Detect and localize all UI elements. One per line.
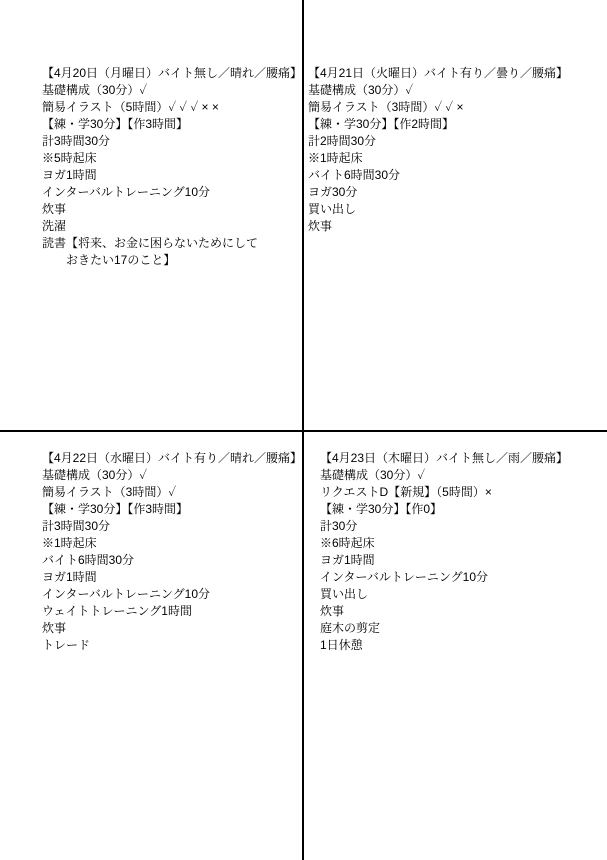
journal-line: ヨガ30分 — [308, 184, 568, 201]
journal-line: ヨガ1時間 — [42, 167, 302, 184]
journal-line: 炊事 — [42, 201, 302, 218]
journal-line: 読書【将来、お金に困らないためにして — [42, 235, 302, 252]
journal-line: ※6時起床 — [320, 535, 568, 552]
journal-entry-april-21: 【4月21日（火曜日）バイト有り／曇り／腰痛】基礎構成（30分）✓簡易イラスト（… — [308, 65, 568, 235]
journal-entry-april-23: 【4月23日（木曜日）バイト無し／雨／腰痛】基礎構成（30分）✓リクエストD【新… — [320, 450, 568, 654]
journal-line: インターバルトレーニング10分 — [42, 184, 302, 201]
journal-line: 【練・学30分】【作2時間】 — [308, 116, 568, 133]
journal-line: 【4月22日（水曜日）バイト有り／晴れ／腰痛】 — [42, 450, 302, 467]
journal-line: 簡易イラスト（3時間）✓ — [42, 484, 302, 501]
journal-page: 【4月20日（月曜日）バイト無し／晴れ／腰痛】基礎構成（30分）✓簡易イラスト（… — [0, 0, 607, 860]
journal-line: ※1時起床 — [42, 535, 302, 552]
journal-line: 計3時間30分 — [42, 133, 302, 150]
horizontal-divider-line — [0, 430, 607, 432]
journal-line: ※1時起床 — [308, 150, 568, 167]
journal-line: 基礎構成（30分）✓ — [42, 82, 302, 99]
journal-line: インターバルトレーニング10分 — [320, 569, 568, 586]
journal-line: 【4月20日（月曜日）バイト無し／晴れ／腰痛】 — [42, 65, 302, 82]
journal-line: ヨガ1時間 — [42, 569, 302, 586]
journal-line: 簡易イラスト（5時間）✓ ✓ ✓ × × — [42, 99, 302, 116]
journal-line: 基礎構成（30分）✓ — [308, 82, 568, 99]
journal-line: 【練・学30分】【作0】 — [320, 501, 568, 518]
journal-entry-april-20: 【4月20日（月曜日）バイト無し／晴れ／腰痛】基礎構成（30分）✓簡易イラスト（… — [42, 65, 302, 269]
journal-line: おきたい17のこと】 — [42, 252, 302, 269]
journal-line: 洗濯 — [42, 218, 302, 235]
journal-entry-april-22: 【4月22日（水曜日）バイト有り／晴れ／腰痛】基礎構成（30分）✓簡易イラスト（… — [42, 450, 302, 654]
journal-line: 買い出し — [308, 201, 568, 218]
journal-line: 【練・学30分】【作3時間】 — [42, 116, 302, 133]
journal-line: 簡易イラスト（3時間）✓ ✓ × — [308, 99, 568, 116]
journal-line: 計2時間30分 — [308, 133, 568, 150]
journal-line: トレード — [42, 637, 302, 654]
journal-line: 基礎構成（30分）✓ — [42, 467, 302, 484]
journal-line: 計30分 — [320, 518, 568, 535]
journal-line: バイト6時間30分 — [42, 552, 302, 569]
journal-line: 買い出し — [320, 586, 568, 603]
journal-line: 【4月21日（火曜日）バイト有り／曇り／腰痛】 — [308, 65, 568, 82]
journal-line: 炊事 — [320, 603, 568, 620]
journal-line: 炊事 — [42, 620, 302, 637]
journal-line: 計3時間30分 — [42, 518, 302, 535]
journal-line: ※5時起床 — [42, 150, 302, 167]
journal-line: 基礎構成（30分）✓ — [320, 467, 568, 484]
journal-line: ヨガ1時間 — [320, 552, 568, 569]
journal-line: ウェイトトレーニング1時間 — [42, 603, 302, 620]
journal-line: 炊事 — [308, 218, 568, 235]
journal-line: インターバルトレーニング10分 — [42, 586, 302, 603]
journal-line: 1日休憩 — [320, 637, 568, 654]
journal-line: バイト6時間30分 — [308, 167, 568, 184]
journal-line: 【4月23日（木曜日）バイト無し／雨／腰痛】 — [320, 450, 568, 467]
journal-line: リクエストD【新規】（5時間）× — [320, 484, 568, 501]
journal-line: 庭木の剪定 — [320, 620, 568, 637]
journal-line: 【練・学30分】【作3時間】 — [42, 501, 302, 518]
